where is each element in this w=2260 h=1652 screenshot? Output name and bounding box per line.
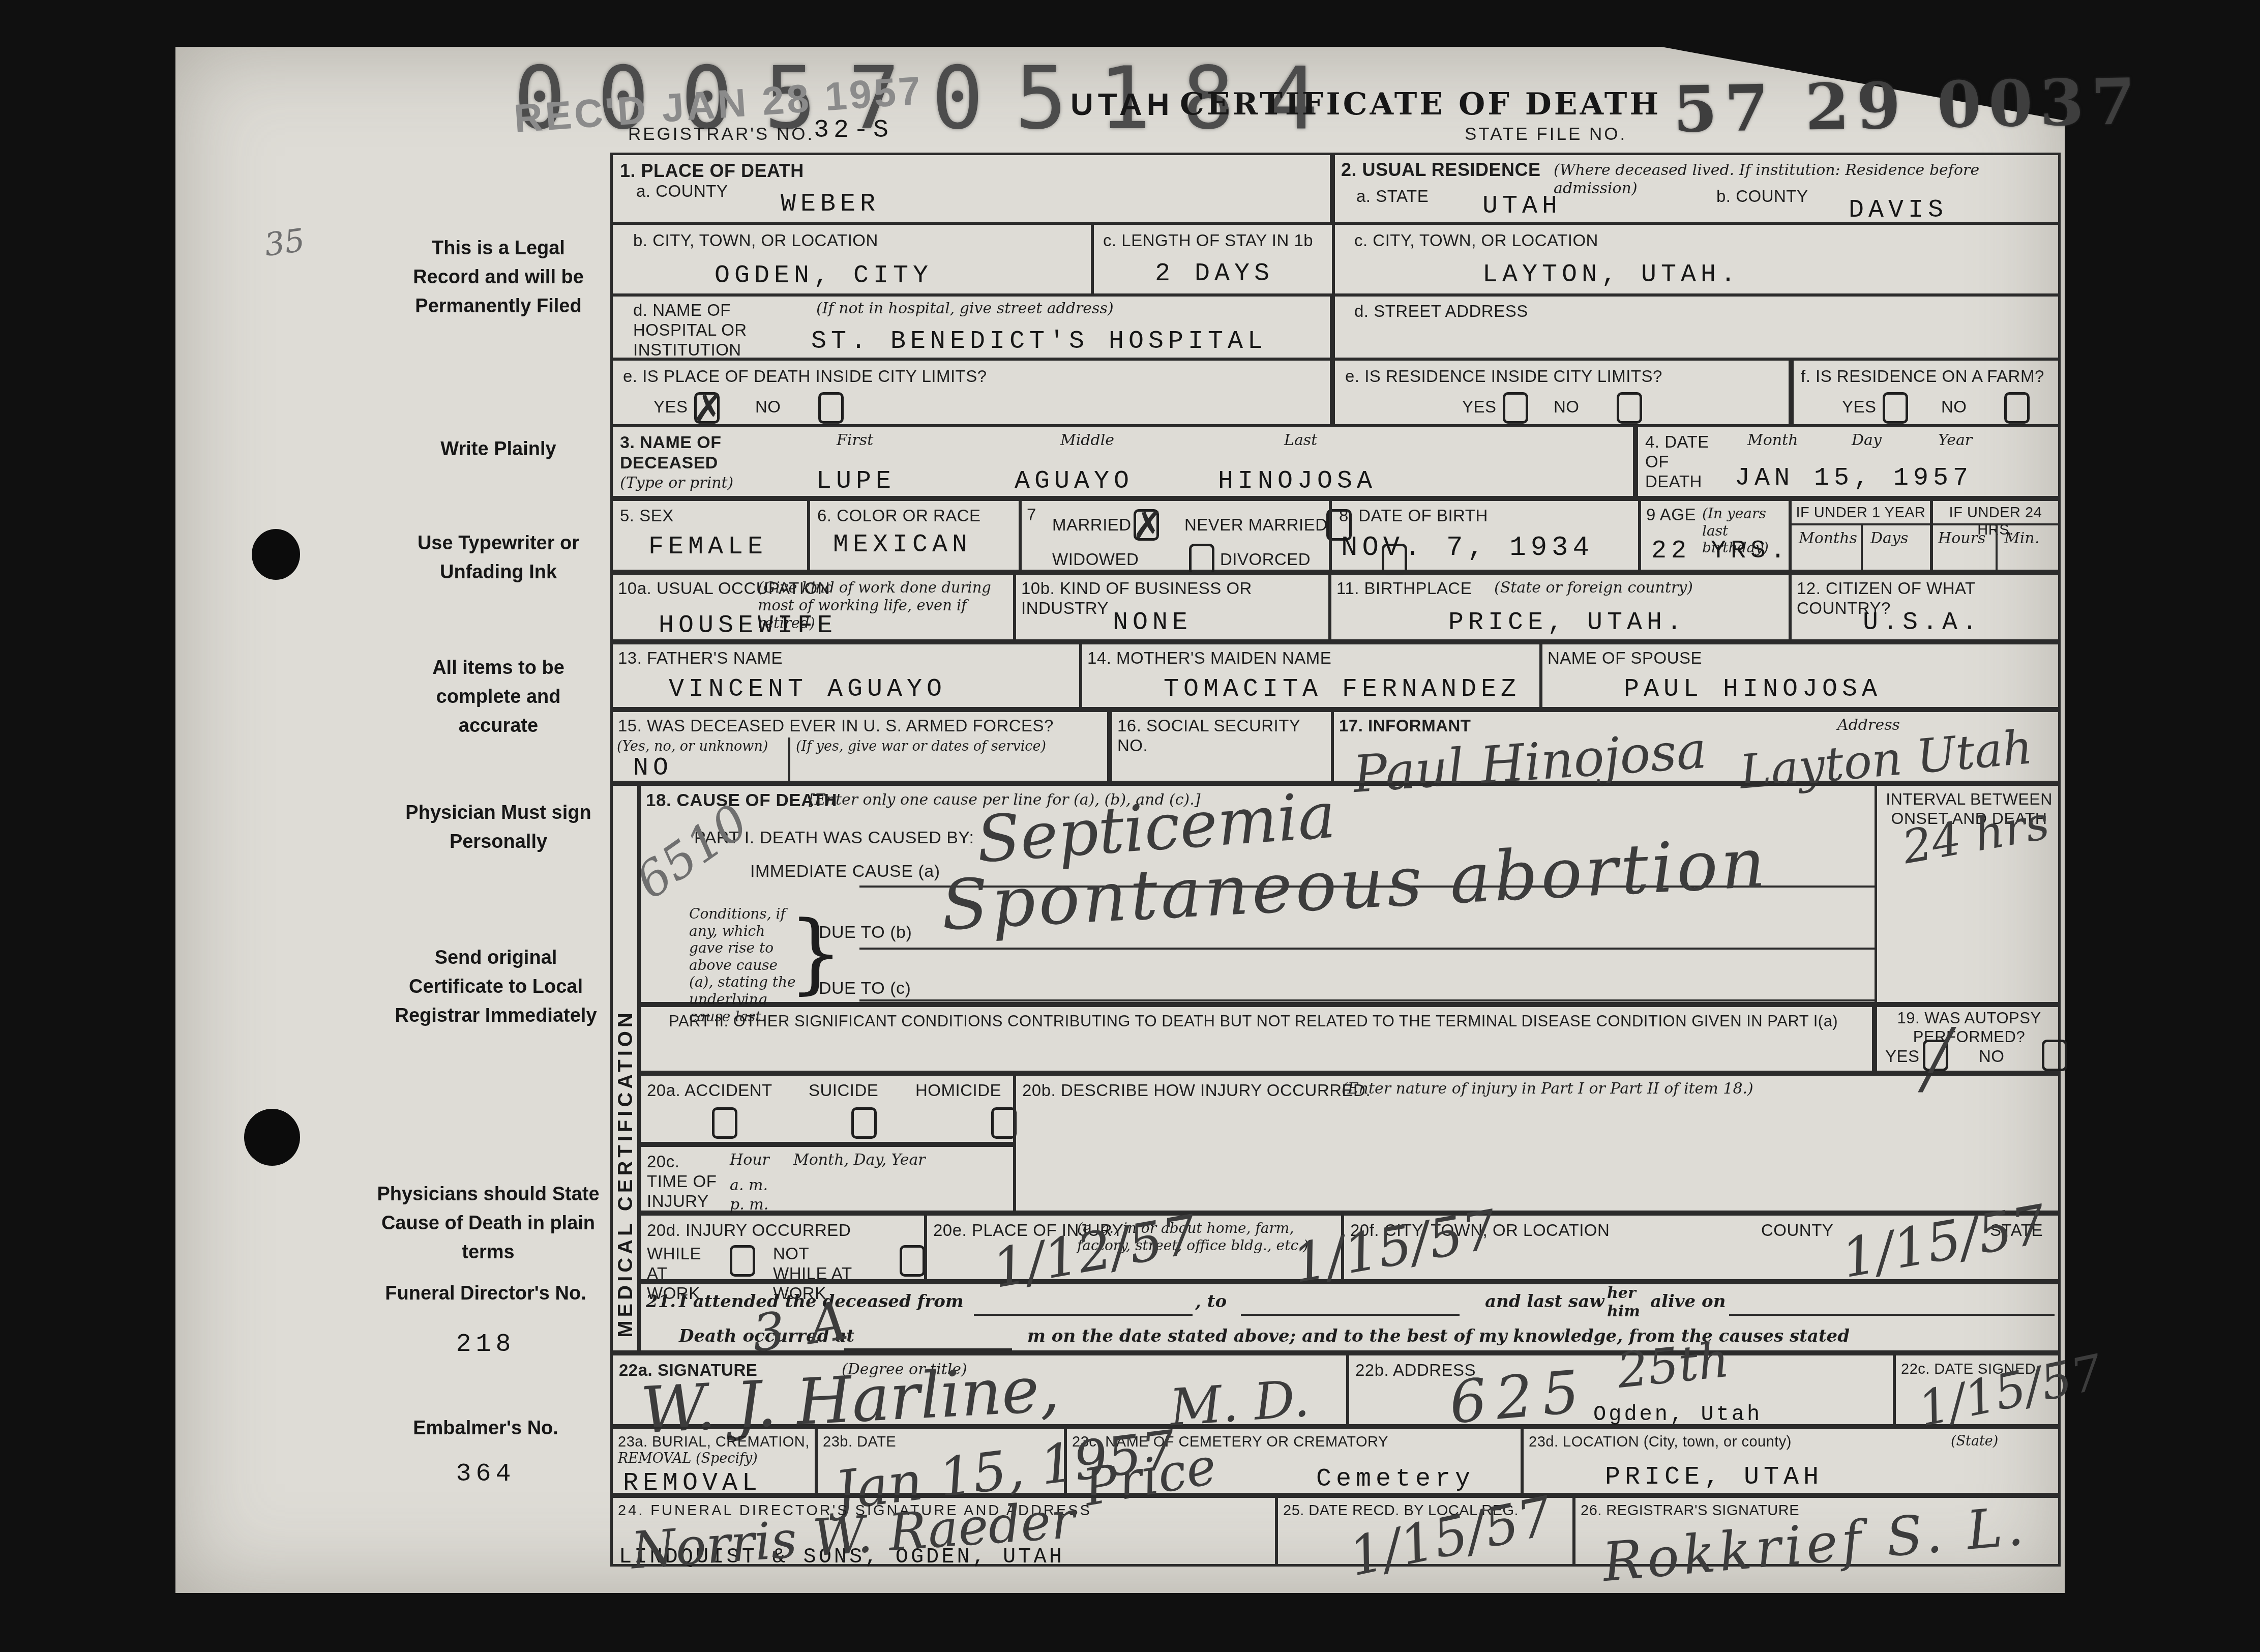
field-22b-typed-value: Ogden, Utah	[1593, 1402, 1762, 1427]
margin-note-all-items: All items to be complete and accurate	[402, 654, 595, 741]
field-2e-inside-city-limits: e. IS RESIDENCE INSIDE CITY LIMITS? YES …	[1332, 358, 1791, 427]
field-1d-value: ST. BENEDICT'S HOSPITAL	[811, 327, 1267, 356]
title-utah: UTAH	[1070, 86, 1174, 123]
field-6-value: MEXICAN	[833, 530, 972, 559]
attended-from-line	[974, 1314, 1193, 1316]
due-to-c-label: DUE TO (c)	[819, 978, 911, 998]
field-2e-no-label: NO	[1554, 397, 1580, 417]
field-6-label: 6. COLOR OR RACE	[817, 506, 981, 526]
field-11-value: PRICE, UTAH.	[1448, 608, 1686, 637]
field-21-number: 21.	[646, 1291, 676, 1312]
field-20b-describe-injury: 20b. DESCRIBE HOW INJURY OCCURRED. (Ente…	[1014, 1073, 2061, 1213]
field-1-place-of-death: 1. PLACE OF DEATH a. COUNTY WEBER	[610, 153, 1332, 224]
field-23a-label2: REMOVAL (Specify)	[618, 1451, 758, 1467]
field-spouse-label: NAME OF SPOUSE	[1548, 648, 1702, 668]
field-21-text2: , to	[1195, 1291, 1227, 1312]
field-1e-yes-label: YES	[653, 397, 688, 417]
field-20c-time-of-injury: 20c. TIME OF INJURY Hour a. m. p. m. Mon…	[638, 1144, 1016, 1213]
field-4-value: JAN 15, 1957	[1735, 464, 1973, 493]
field-20c-label: 20c. TIME OF INJURY	[647, 1152, 723, 1212]
field-3-last-value: HINOJOSA	[1218, 467, 1377, 496]
field-23a-burial-type: 23a. BURIAL, CREMATION, REMOVAL (Specify…	[610, 1427, 817, 1495]
field-23c-typed-value: Cemetery	[1316, 1465, 1475, 1494]
field-9-value: 22 YRS.	[1651, 537, 1790, 566]
field-5-label: 5. SEX	[620, 506, 674, 526]
field-3-title: 3. NAME OF DECEASED	[620, 432, 732, 473]
field-1b-city: b. CITY, TOWN, OR LOCATION OGDEN, CITY	[610, 222, 1093, 296]
funeral-directors-no-label: Funeral Director's No.	[371, 1279, 600, 1308]
field-17-label: 17. INFORMANT	[1339, 716, 1471, 736]
field-20a-suicide-checkbox	[851, 1107, 877, 1139]
field-4-month-label: Month	[1747, 431, 1798, 450]
field-20d-injury-occurred: 20d. INJURY OCCURRED WHILE AT WORK NOT W…	[638, 1213, 927, 1282]
field-15-note2: (If yes, give war or dates of service)	[796, 739, 1046, 755]
field-23a-value: REMOVAL	[623, 1469, 762, 1498]
field-10b-industry: 10b. KIND OF BUSINESS OR INDUSTRY NONE	[1014, 572, 1331, 642]
field-1c-length-of-stay: c. LENGTH OF STAY IN 1b 2 DAYS	[1091, 222, 1334, 296]
field-2-usual-residence: 2. USUAL RESIDENCE (Where deceased lived…	[1332, 153, 2061, 224]
field-19-yes-checkbox: ╱	[1923, 1040, 1948, 1071]
field-2-title: 2. USUAL RESIDENCE	[1341, 159, 1540, 181]
field-8-label: 8. DATE OF BIRTH	[1339, 506, 1488, 526]
field-4-year-label: Year	[1938, 431, 1972, 450]
field-3-last-label: Last	[1284, 431, 1317, 450]
field-15-label: 15. WAS DECEASED EVER IN U. S. ARMED FOR…	[618, 716, 1054, 736]
field-2c-value: LAYTON, UTAH.	[1482, 260, 1740, 289]
cause-c-line	[859, 999, 1877, 1001]
field-15-note1: (Yes, no, or unknown)	[617, 739, 768, 755]
field-10a-occupation: 10a. USUAL OCCUPATION (Give kind of work…	[610, 572, 1016, 642]
funeral-directors-no-value: 218	[422, 1330, 549, 1359]
field-21-her: her	[1607, 1284, 1636, 1303]
field-1e-no-label: NO	[755, 397, 781, 417]
field-7-divorced-label: DIVORCED	[1220, 550, 1311, 570]
field-7-number: 7	[1027, 505, 1036, 525]
field-20a-suicide-label: SUICIDE	[809, 1081, 878, 1101]
field-1c-value: 2 DAYS	[1155, 259, 1274, 288]
field-16-ssn: 16. SOCIAL SECURITY NO.	[1110, 710, 1333, 783]
field-2a-label: a. STATE	[1356, 187, 1429, 206]
field-11-label: 11. BIRTHPLACE	[1336, 579, 1472, 599]
field-20a-accident-suicide-homicide: 20a. ACCIDENT SUICIDE HOMICIDE	[638, 1073, 1016, 1144]
field-1b-label: b. CITY, TOWN, OR LOCATION	[633, 231, 878, 251]
field-23d-value: PRICE, UTAH	[1605, 1463, 1823, 1492]
field-16-label: 16. SOCIAL SECURITY NO.	[1117, 716, 1331, 756]
field-2f-yes-label: YES	[1842, 397, 1877, 417]
field-1e-inside-city-limits: e. IS PLACE OF DEATH INSIDE CITY LIMITS?…	[610, 358, 1332, 427]
field-20c-am-label: a. m.	[730, 1176, 768, 1195]
field-20a-accident-checkbox	[712, 1107, 737, 1139]
field-11-birthplace: 11. BIRTHPLACE (State or foreign country…	[1329, 572, 1791, 642]
field-7-married-checkbox: ✗	[1134, 509, 1159, 541]
field-9-under-24-hrs: IF UNDER 24 HRS. Hours Min.	[1930, 498, 2061, 572]
margin-note-plain-terms: Physicians should State Cause of Death i…	[366, 1180, 610, 1267]
divider	[1861, 523, 1863, 572]
field-3-name-of-deceased: 3. NAME OF DECEASED (Type or print) Firs…	[610, 425, 1635, 498]
field-2e-yes-checkbox	[1503, 392, 1528, 424]
field-2f-no-label: NO	[1941, 397, 1967, 417]
field-20a-homicide-checkbox	[991, 1107, 1017, 1139]
field-1d-note: (If not in hospital, give street address…	[816, 300, 1114, 318]
medical-certification-vertical-label: MEDICAL CERTIFICATION	[614, 975, 637, 1372]
field-3-first-label: First	[837, 431, 873, 450]
field-1c-label: c. LENGTH OF STAY IN 1b	[1103, 231, 1313, 251]
state-file-no-value: 57 29 0037	[1673, 65, 2143, 147]
field-21-him: him	[1607, 1303, 1640, 1321]
field-23d-state-label: (State)	[1951, 1433, 1998, 1450]
divider	[788, 737, 790, 784]
field-2b-label: b. COUNTY	[1716, 187, 1808, 206]
field-1d-label: d. NAME OF HOSPITAL OR INSTITUTION	[633, 301, 786, 360]
field-21-text3: and last saw	[1485, 1291, 1604, 1312]
field-14-value: TOMACITA FERNANDEZ	[1164, 675, 1521, 704]
margin-note-send-original: Send original Certificate to Local Regis…	[394, 943, 598, 1030]
address-number-handwritten: 625	[1447, 1357, 1591, 1437]
field-3-middle-value: AGUAYO	[1015, 467, 1134, 496]
field-7-widowed-checkbox	[1189, 544, 1214, 575]
field-20a-accident-label: 20a. ACCIDENT	[647, 1081, 772, 1101]
field-8-value: NOV. 7, 1934	[1341, 533, 1594, 564]
field-2a-value: UTAH	[1482, 192, 1562, 221]
field-2b-value: DAVIS	[1849, 196, 1948, 225]
immediate-cause-label: IMMEDIATE CAUSE (a)	[750, 861, 940, 881]
embalmers-no-value: 364	[422, 1460, 549, 1489]
field-20c-hour-label: Hour	[730, 1151, 769, 1169]
field-spouse-name: NAME OF SPOUSE PAUL HINOJOSA	[1540, 642, 2061, 710]
divider	[1996, 523, 1998, 572]
scanned-death-certificate: 0005705184 REC'D JAN 28 1957 REGISTRAR'S…	[0, 0, 2260, 1652]
field-5-value: FEMALE	[648, 533, 767, 562]
field-18-part2: PART II. OTHER SIGNIFICANT CONDITIONS CO…	[638, 1005, 1875, 1073]
address-street-handwritten: 25th	[1615, 1332, 1732, 1399]
field-19-autopsy: 19. WAS AUTOPSY PERFORMED? YES ╱ NO	[1875, 1005, 2061, 1073]
field-1a-label: a. COUNTY	[636, 182, 728, 201]
field-19-yes-label: YES	[1885, 1047, 1920, 1067]
field-7-married-label: MARRIED	[1052, 515, 1132, 535]
field-20a-homicide-label: HOMICIDE	[915, 1081, 1001, 1101]
field-13-fathers-name: 13. FATHER'S NAME VINCENT AGUAYO	[610, 642, 1082, 710]
field-2f-no-checkbox	[2004, 392, 2030, 424]
field-2e-label: e. IS RESIDENCE INSIDE CITY LIMITS?	[1345, 367, 1662, 387]
field-20d-waw-checkbox	[730, 1245, 755, 1277]
field-23d-label: 23d. LOCATION (City, town, or county)	[1529, 1433, 1792, 1451]
field-spouse-value: PAUL HINOJOSA	[1624, 675, 1882, 704]
margin-note-write-plainly: Write Plainly	[397, 435, 600, 464]
field-21-attendance: 21. I attended the deceased from , to an…	[638, 1282, 2061, 1353]
field-2c-label: c. CITY, TOWN, OR LOCATION	[1354, 231, 1598, 251]
field-20b-note: (Enter nature of injury in Part I or Par…	[1342, 1080, 1753, 1098]
field-9-label: 9 AGE	[1646, 505, 1696, 525]
field-1-title: 1. PLACE OF DEATH	[620, 160, 804, 182]
field-13-label: 13. FATHER'S NAME	[618, 648, 783, 668]
field-10a-value: HOUSEWIFE	[659, 611, 837, 640]
field-2d-street-address: d. STREET ADDRESS	[1332, 294, 2061, 360]
field-13-value: VINCENT AGUAYO	[669, 675, 946, 704]
field-5-sex: 5. SEX FEMALE	[610, 498, 810, 572]
field-4-day-label: Day	[1852, 431, 1882, 450]
field-19-label: 19. WAS AUTOPSY PERFORMED?	[1880, 1009, 2058, 1046]
days-label: Days	[1870, 529, 1908, 548]
state-file-no-label: STATE FILE NO.	[1465, 124, 1627, 144]
field-15-value: NO	[633, 754, 673, 783]
field-23b-label: 23b. DATE	[823, 1433, 896, 1451]
field-11-note: (State or foreign country)	[1494, 579, 1693, 597]
field-21-text4: alive on	[1650, 1291, 1726, 1312]
attended-to-line	[1241, 1314, 1460, 1316]
registrars-no-value: 32-S	[814, 116, 893, 145]
field-3-middle-label: Middle	[1060, 431, 1114, 450]
field-14-label: 14. MOTHER'S MAIDEN NAME	[1087, 648, 1331, 668]
field-2f-label: f. IS RESIDENCE ON A FARM?	[1801, 367, 2044, 387]
field-2f-yes-checkbox	[1883, 392, 1908, 424]
field-6-color-or-race: 6. COLOR OR RACE MEXICAN	[808, 498, 1021, 572]
field-2e-yes-label: YES	[1462, 397, 1497, 417]
field-19-no-label: NO	[1979, 1047, 2005, 1067]
field-3-first-value: LUPE	[816, 467, 896, 496]
field-14-mothers-maiden-name: 14. MOTHER'S MAIDEN NAME TOMACITA FERNAN…	[1080, 642, 1542, 710]
hole-punch-top	[252, 529, 300, 580]
field-3-note: (Type or print)	[620, 474, 733, 492]
field-1e-yes-mark: ✗	[693, 387, 724, 430]
field-19-no-checkbox	[2042, 1040, 2067, 1071]
under-1-year-label: IF UNDER 1 YEAR	[1792, 504, 1930, 521]
field-20d-nwaw-checkbox	[900, 1245, 925, 1277]
field-23a-label: 23a. BURIAL, CREMATION,	[618, 1433, 810, 1451]
field-7-married-mark: ✗	[1132, 504, 1164, 547]
cause-b-line	[859, 948, 1877, 950]
embalmers-no-label: Embalmer's No.	[376, 1414, 595, 1443]
field-8-date-of-birth: 8. DATE OF BIRTH NOV. 7, 1934	[1329, 498, 1641, 572]
field-2e-no-checkbox	[1617, 392, 1642, 424]
field-12-citizen: 12. CITIZEN OF WHAT COUNTRY? U.S.A.	[1789, 572, 2061, 642]
field-4-date-of-death: 4. DATE OF DEATH Month Day Year JAN 15, …	[1635, 425, 2061, 498]
months-label: Months	[1799, 529, 1857, 548]
title-certificate-of-death: CERTIFICATE OF DEATH	[1180, 86, 1661, 122]
pencil-margin-note: 35	[262, 221, 307, 263]
field-7-marital-status: 7 MARRIED ✗ NEVER MARRIED WIDOWED DIVORC…	[1019, 498, 1331, 572]
field-12-value: U.S.A.	[1863, 608, 1982, 637]
field-2c-city: c. CITY, TOWN, OR LOCATION LAYTON, UTAH.	[1332, 222, 2061, 296]
hours-label: Hours	[1938, 529, 1985, 548]
field-7-widowed-label: WIDOWED	[1052, 550, 1139, 570]
hole-punch-bottom	[244, 1109, 300, 1166]
field-9-age: 9 AGE (In years last birthday) 22 YRS.	[1639, 498, 1791, 572]
field-4-title: 4. DATE OF DEATH	[1645, 432, 1711, 492]
field-1d-hospital: d. NAME OF HOSPITAL OR INSTITUTION (If n…	[610, 294, 1332, 360]
last-saw-line	[1729, 1314, 2055, 1316]
field-1e-label: e. IS PLACE OF DEATH INSIDE CITY LIMITS?	[623, 367, 987, 387]
margin-note-physician-sign: Physician Must sign Personally	[402, 799, 595, 857]
death-hour-line	[844, 1348, 1012, 1350]
field-15-armed-forces: 15. WAS DECEASED EVER IN U. S. ARMED FOR…	[610, 710, 1110, 783]
field-20f-county-label: COUNTY	[1761, 1221, 1833, 1241]
field-2d-label: d. STREET ADDRESS	[1354, 302, 1528, 321]
field-1e-no-checkbox	[818, 392, 844, 424]
field-9-under-1-year: IF UNDER 1 YEAR Months Days	[1789, 498, 1932, 572]
field-10b-value: NONE	[1113, 608, 1192, 637]
field-1e-yes-checkbox: ✗	[694, 392, 720, 424]
due-to-b-label: DUE TO (b)	[819, 922, 912, 942]
margin-note-legal-record: This is a Legal Record and will be Perma…	[397, 234, 600, 321]
field-20c-mdy-label: Month, Day, Year	[793, 1151, 926, 1169]
field-20c-pm-label: p. m.	[730, 1196, 768, 1214]
registrars-no-label: REGISTRAR'S NO.	[628, 124, 814, 144]
field-1a-value: WEBER	[781, 190, 880, 219]
margin-note-typewriter: Use Typewriter or Unfading Ink	[392, 529, 605, 587]
field-20b-label: 20b. DESCRIBE HOW INJURY OCCURRED.	[1022, 1081, 1371, 1101]
min-label: Min.	[2004, 529, 2039, 548]
field-7-never-married-label: NEVER MARRIED	[1184, 515, 1328, 535]
field-23d-location: 23d. LOCATION (City, town, or county) (S…	[1521, 1427, 2061, 1495]
field-1b-value: OGDEN, CITY	[715, 261, 933, 290]
field-20d-label: 20d. INJURY OCCURRED	[647, 1221, 851, 1241]
part2-label: PART II. OTHER SIGNIFICANT CONDITIONS CO…	[669, 1012, 1854, 1031]
field-2f-residence-on-farm: f. IS RESIDENCE ON A FARM? YES NO	[1791, 358, 2061, 427]
